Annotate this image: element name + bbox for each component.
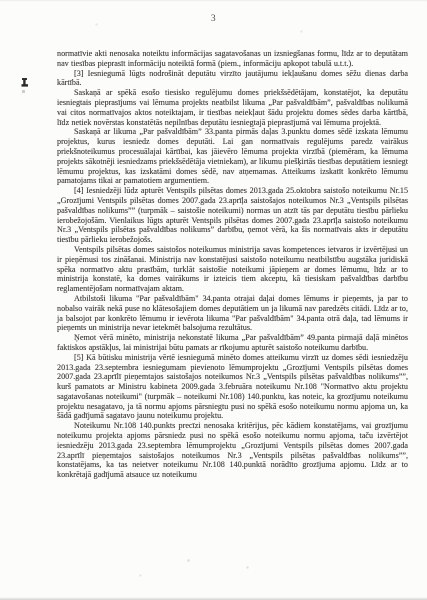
page-top-edge [0,0,427,2]
paragraph: Noteikumu Nr.108 140.punkts precīzi neno… [57,421,408,480]
document-text: normatīvie akti nenosaka noteiktu inform… [57,49,408,480]
scan-noise [0,0,1,1]
paragraph: Saskaņā ar likuma „Par pašvaldībām” 33.p… [57,127,408,186]
paragraph: normatīvie akti nenosaka noteiktu inform… [57,49,408,69]
scanned-document-page: 3 normatīvie akti nenosaka noteiktu info… [0,0,427,600]
paragraph: Saskaņā ar spēkā esošo tiesisko regulēju… [57,88,408,127]
paragraph: [5] Kā būtisku ministrija vērtē iesniegu… [57,353,408,422]
paragraph: Ņemot vērā minēto, ministrija nekonstatē… [57,333,408,353]
paragraph: [4] Iesniedzēji lūdz apturēt Ventspils p… [57,186,408,245]
paragraph: Atbilstoši likuma "Par pašvaldībām" 34.p… [57,294,408,333]
handwritten-margin-mark-icon [20,77,30,90]
paragraph: Ventspils pilsētas domes saistošos notei… [57,245,408,294]
page-number: 3 [0,14,427,24]
paragraph: [3] Iesniegumā lūgts nodrošināt deputātu… [57,69,408,89]
